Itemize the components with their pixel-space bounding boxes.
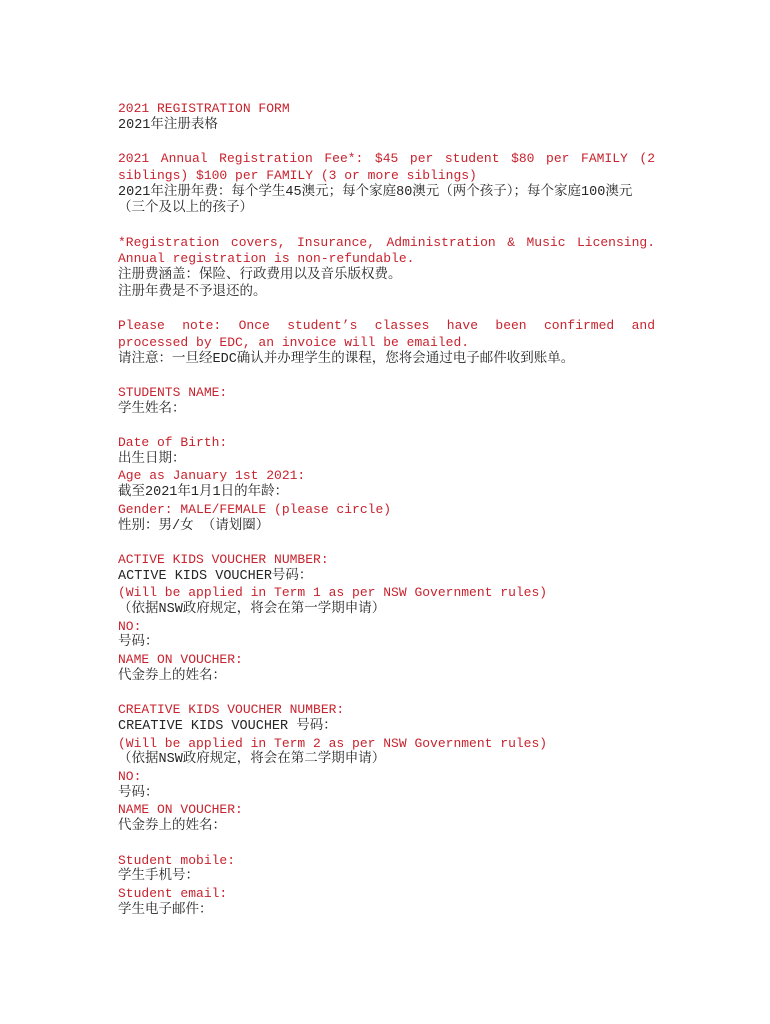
field-label-line: *Registration covers, Insurance, Adminis… bbox=[118, 235, 655, 268]
field-label-line: NAME ON VOUCHER: bbox=[118, 802, 655, 819]
field-label-line: 2021 Annual Registration Fee*: $45 per s… bbox=[118, 151, 655, 184]
registration-form-page: 2021 REGISTRATION FORM2021年注册表格2021 Annu… bbox=[0, 0, 770, 1024]
translation-line: 号码： bbox=[118, 635, 655, 652]
field-label-line: NO: bbox=[118, 619, 655, 636]
translation-line: （依据NSW政府规定，将会在第二学期申请） bbox=[118, 752, 655, 769]
section-students-name: STUDENTS NAME:学生姓名： bbox=[118, 385, 655, 418]
translation-line: 学生姓名： bbox=[118, 402, 655, 419]
section-student-contact: Student mobile:学生手机号：Student email:学生电子邮… bbox=[118, 853, 655, 920]
field-label-line: 2021 REGISTRATION FORM bbox=[118, 101, 655, 118]
section-birth-age-gender: Date of Birth:出生日期：Age as January 1st 20… bbox=[118, 435, 655, 535]
section-registration-fee: 2021 Annual Registration Fee*: $45 per s… bbox=[118, 151, 655, 218]
translation-line: （依据NSW政府规定，将会在第一学期申请） bbox=[118, 602, 655, 619]
section-creative-kids-voucher: CREATIVE KIDS VOUCHER NUMBER:CREATIVE KI… bbox=[118, 702, 655, 836]
translation-line: CREATIVE KIDS VOUCHER 号码： bbox=[118, 719, 655, 736]
translation-line: 请注意：一旦经EDC确认并办理学生的课程，您将会通过电子邮件收到账单。 bbox=[118, 352, 655, 369]
section-registration-coverage: *Registration covers, Insurance, Adminis… bbox=[118, 235, 655, 302]
field-label-line: Date of Birth: bbox=[118, 435, 655, 452]
section-active-kids-voucher: ACTIVE KIDS VOUCHER NUMBER:ACTIVE KIDS V… bbox=[118, 552, 655, 686]
section-form-title: 2021 REGISTRATION FORM2021年注册表格 bbox=[118, 101, 655, 134]
translation-line: 代金券上的姓名： bbox=[118, 669, 655, 686]
field-label-line: Student email: bbox=[118, 886, 655, 903]
field-label-line: (Will be applied in Term 2 as per NSW Go… bbox=[118, 736, 655, 753]
translation-line: 性别：男/女 （请划圈） bbox=[118, 519, 655, 536]
translation-line: 注册年费是不予退还的。 bbox=[118, 285, 655, 302]
translation-line: ACTIVE KIDS VOUCHER号码： bbox=[118, 569, 655, 586]
translation-line: 2021年注册表格 bbox=[118, 118, 655, 135]
translation-line: 学生手机号： bbox=[118, 869, 655, 886]
translation-line: 出生日期： bbox=[118, 452, 655, 469]
translation-line: 学生电子邮件： bbox=[118, 903, 655, 920]
field-label-line: CREATIVE KIDS VOUCHER NUMBER: bbox=[118, 702, 655, 719]
field-label-line: STUDENTS NAME: bbox=[118, 385, 655, 402]
field-label-line: Please note: Once student’s classes have… bbox=[118, 318, 655, 351]
section-invoice-note: Please note: Once student’s classes have… bbox=[118, 318, 655, 368]
field-label-line: NAME ON VOUCHER: bbox=[118, 652, 655, 669]
form-text-block: 2021 REGISTRATION FORM2021年注册表格2021 Annu… bbox=[118, 101, 655, 936]
translation-line: 2021年注册年费：每个学生45澳元；每个家庭80澳元（两个孩子）；每个家庭10… bbox=[118, 185, 655, 218]
field-label-line: ACTIVE KIDS VOUCHER NUMBER: bbox=[118, 552, 655, 569]
field-label-line: NO: bbox=[118, 769, 655, 786]
field-label-line: Age as January 1st 2021: bbox=[118, 468, 655, 485]
field-label-line: Student mobile: bbox=[118, 853, 655, 870]
field-label-line: (Will be applied in Term 1 as per NSW Go… bbox=[118, 585, 655, 602]
translation-line: 代金券上的姓名： bbox=[118, 819, 655, 836]
field-label-line: Gender: MALE/FEMALE (please circle) bbox=[118, 502, 655, 519]
translation-line: 注册费涵盖：保险、行政费用以及音乐版权费。 bbox=[118, 268, 655, 285]
translation-line: 截至2021年1月1日的年龄： bbox=[118, 485, 655, 502]
translation-line: 号码： bbox=[118, 786, 655, 803]
